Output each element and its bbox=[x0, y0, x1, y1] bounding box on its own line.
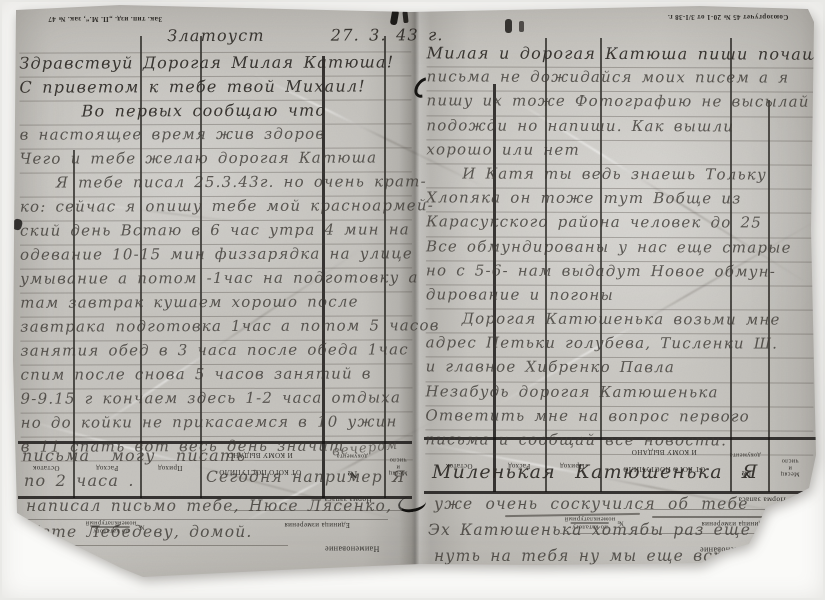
handwritten-line: Во первых сообщаю что bbox=[20, 100, 412, 125]
handwritten-line: Пете Лебедеву, домой. bbox=[26, 523, 253, 541]
handwritten-line: Карасукского района человек до 25 bbox=[426, 213, 814, 239]
handwritten-line: Хлопяка он тоже тут Вобще из bbox=[426, 188, 814, 214]
handwritten-line: Миленькая Катюшенька Я bbox=[432, 461, 759, 483]
handwritten-line: письма могу писать bbox=[22, 446, 246, 465]
form-column-label-month: Месяц и число bbox=[780, 457, 799, 476]
handwritten-line: И Катя ты ведь знаешь Тольку bbox=[426, 164, 814, 190]
right-page-text: Милая и дорогая Катюша пиши почащеписьма… bbox=[425, 43, 814, 456]
handwritten-line: ко: сейчас я опишу тебе мой красноармей- bbox=[20, 196, 412, 221]
handwritten-line: по 2 часа . bbox=[24, 471, 135, 490]
handwritten-line: умывание а потом -1час на подготовку а bbox=[20, 268, 412, 293]
handwritten-line: Ответить мне на вопрос первого bbox=[425, 406, 813, 432]
letter-heading: Златоуст 27. 3. 43 г. bbox=[19, 25, 411, 53]
handwritten-line: Сегодня например Я bbox=[206, 468, 406, 486]
handwritten-line: нуть на тебя ну мы еще встрет… bbox=[434, 547, 783, 565]
handwritten-line: 9-9.15 г кончаем здесь 1-2 часа отдыха bbox=[21, 388, 413, 413]
letter-place: Златоуст bbox=[167, 26, 265, 52]
left-page-text: Златоуст 27. 3. 43 г. Здравствуй Дорогая… bbox=[19, 25, 413, 461]
handwritten-line: и главное Хибренко Павла bbox=[426, 358, 814, 384]
handwritten-line: но до койки не прикасаемся в 10 ужин bbox=[21, 412, 413, 437]
handwritten-line: дирование и погоны bbox=[426, 285, 814, 311]
handwritten-line: уже очень соскучился об тебе bbox=[434, 495, 749, 513]
handwritten-line: но с 5-6- нам выдадут Новое обмун- bbox=[426, 261, 814, 287]
left-lines: Здравствуй Дорогая Милая Катюша!С привет… bbox=[19, 52, 412, 461]
pencil-rule bbox=[20, 519, 388, 520]
handwritten-line: завтрака подготовка 1час а потом 5 часов bbox=[20, 316, 412, 341]
month-word: число bbox=[781, 457, 798, 463]
handwritten-line: спим после снова 5 часов занятий в bbox=[20, 364, 412, 389]
ink-blot bbox=[519, 21, 524, 32]
handwritten-line: адрес Петьки голубева, Тисленки Ш. bbox=[426, 334, 814, 360]
handwritten-line: занятия обед в 3 часа после обеда 1час bbox=[20, 340, 412, 365]
handwritten-line: Эх Катюшенька хотябы раз еще взгля- bbox=[428, 521, 818, 539]
right-lines: Милая и дорогая Катюша пиши почащеписьма… bbox=[425, 43, 814, 456]
handwritten-line: Здравствуй Дорогая Милая Катюша! bbox=[19, 52, 411, 77]
ink-blot bbox=[390, 10, 399, 26]
handwritten-line: Я тебе писал 25.3.43г. но очень крат- bbox=[20, 172, 412, 197]
handwritten-line: в настоящее время жив здоров bbox=[20, 124, 412, 149]
printers-imprint: Зак. тип. изд. „П. М.“, зак. № 47 bbox=[48, 15, 162, 23]
pencil-underline bbox=[652, 516, 780, 518]
form-imprint: Союзоргучет 45 № 20-1 от 3/I-38 г. bbox=[668, 13, 789, 21]
handwritten-line: С приветом к тебе твой Михаил! bbox=[19, 76, 411, 101]
handwritten-line: подожди но напиши. Как вышли bbox=[426, 116, 814, 142]
handwritten-line: там завтрак кушаем хорошо после bbox=[20, 292, 412, 317]
letter-sheet: Зак. тип. изд. „П. М.“, зак. № 47 Союзор… bbox=[0, 0, 825, 600]
handwritten-line: Милая и дорогая Катюша пиши почаще bbox=[427, 43, 815, 69]
handwritten-line: написал письмо тебе, Нюсе Лясенко, bbox=[26, 497, 392, 515]
handwritten-line: Незабудь дорогая Катюшенька bbox=[425, 382, 813, 408]
form-column-label-prihod: Приход bbox=[158, 464, 183, 472]
ink-blot bbox=[402, 11, 408, 23]
handwritten-line: ский день Встаю в 6 час утра 4 мин на bbox=[20, 220, 412, 245]
handwritten-line: письма не дожидайся моих писем а я bbox=[427, 68, 815, 94]
handwritten-line: Все обмундированы у нас еще старые bbox=[426, 237, 814, 263]
handwritten-line: Дорогая Катюшенька возьми мне bbox=[426, 309, 814, 335]
month-word: и bbox=[788, 464, 792, 470]
ink-blot bbox=[505, 19, 512, 33]
form-row-label-naimenovanie: Наименование bbox=[325, 545, 380, 554]
form-row-label-edinica: Единица измерения bbox=[284, 521, 350, 529]
handwritten-line: Чего и тебе желаю дорогая Катюша bbox=[20, 148, 412, 173]
pencil-rule bbox=[20, 545, 288, 546]
letter-sheet-wrap: Зак. тип. изд. „П. М.“, зак. № 47 Союзор… bbox=[0, 0, 825, 600]
handwritten-line: одевание 10-15 мин физзарядка на улице bbox=[20, 244, 412, 269]
handwritten-line: хорошо или нет bbox=[426, 140, 814, 166]
handwritten-line: пишу их тоже Фотографию не высылай bbox=[426, 92, 814, 118]
scan-background: Зак. тип. изд. „П. М.“, зак. № 47 Союзор… bbox=[0, 0, 825, 600]
table-band-rule bbox=[424, 491, 816, 494]
handwritten-line: письма и сообщай все новости. bbox=[425, 430, 813, 456]
